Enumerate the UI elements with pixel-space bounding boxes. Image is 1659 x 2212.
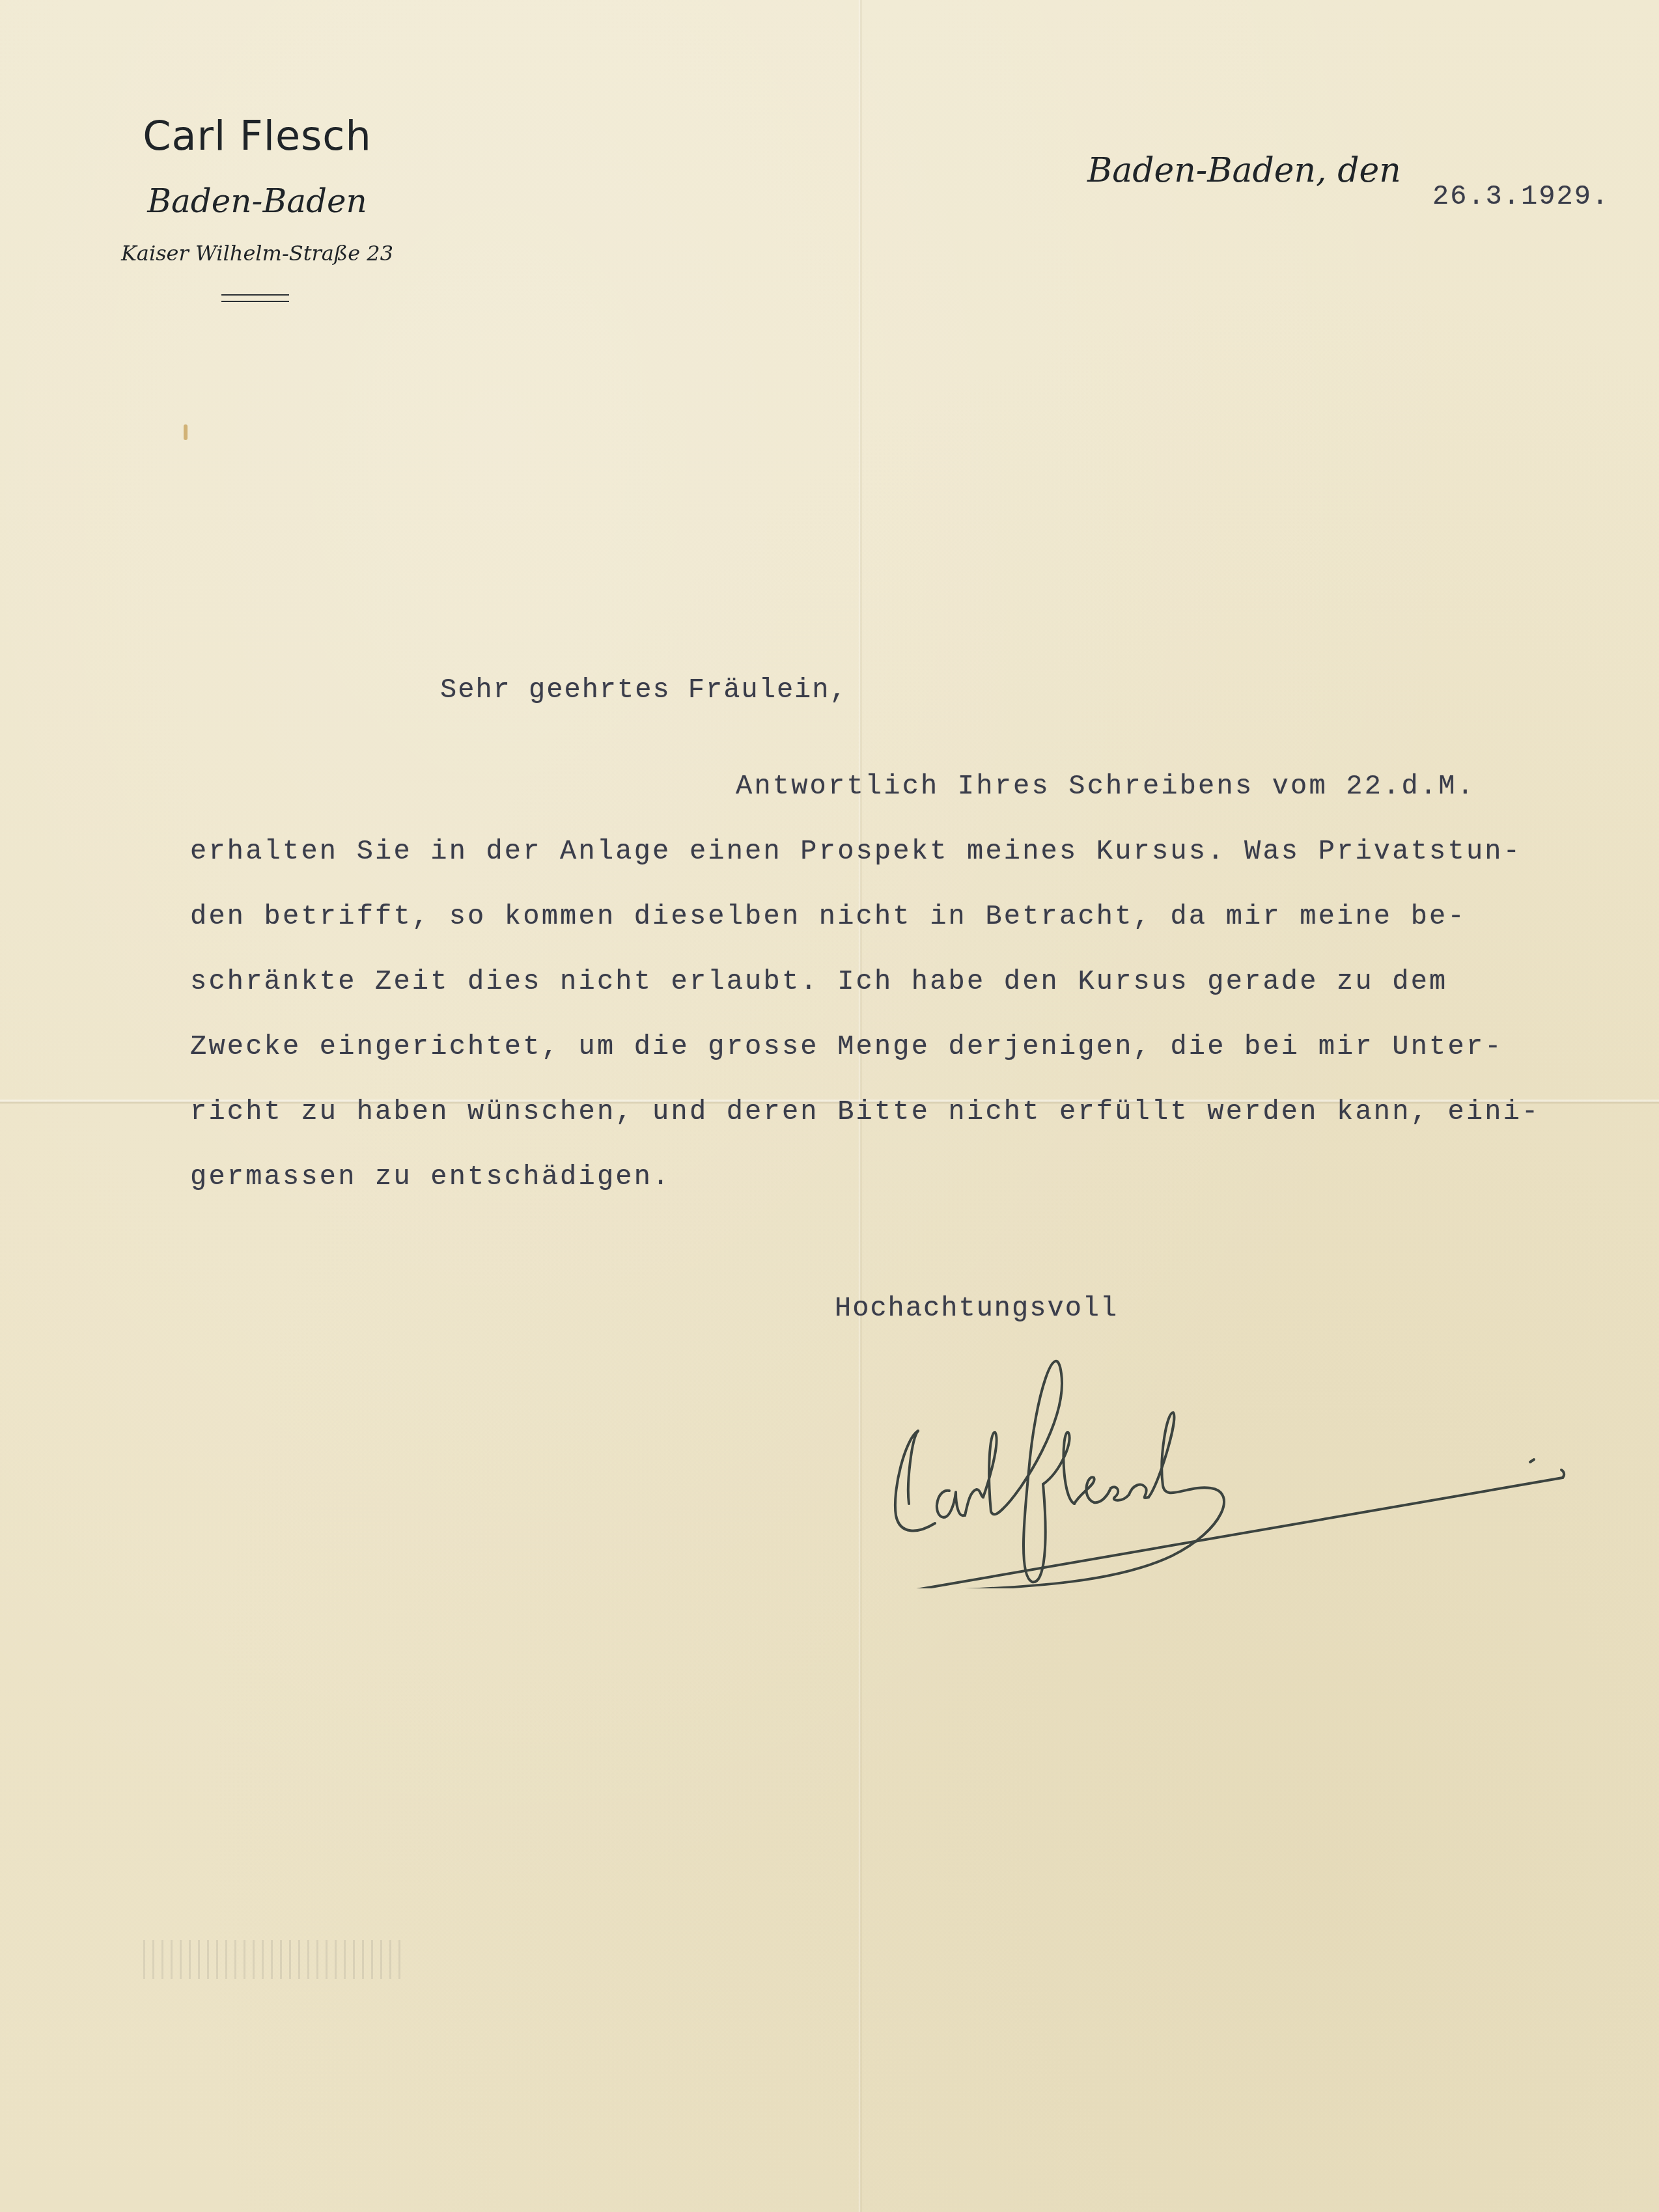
signature-icon: [872, 1341, 1576, 1588]
body-line: germassen zu entschädigen.: [190, 1161, 671, 1193]
salutation: Sehr geehrtes Fräulein,: [440, 674, 848, 706]
paper-stain: [184, 424, 188, 440]
body-line: den betrifft, so kommen dieselben nicht …: [190, 901, 1466, 932]
body-line: schränkte Zeit dies nicht erlaubt. Ich h…: [190, 966, 1447, 997]
body-line: Zwecke eingerichtet, um die grosse Menge…: [190, 1031, 1503, 1062]
letterhead-name: Carl Flesch: [130, 112, 384, 159]
body-line: richt zu haben wünschen, und deren Bitte…: [190, 1096, 1540, 1127]
signature: [872, 1341, 1576, 1588]
letterhead-double-rule: [221, 294, 289, 296]
body-line: erhalten Sie in der Anlage einen Prospek…: [190, 836, 1522, 867]
dateline-date: 26.3.1929.: [1432, 181, 1610, 212]
dateline-place: Baden-Baden, den: [1087, 151, 1401, 190]
bleed-through-marks: [143, 1940, 404, 1979]
letterhead-city: Baden-Baden: [124, 182, 391, 220]
letterhead-address: Kaiser Wilhelm-Straße 23: [91, 241, 423, 266]
closing: Hochachtungsvoll: [835, 1293, 1118, 1324]
body-line: Antwortlich Ihres Schreibens vom 22.d.M.: [736, 771, 1475, 802]
